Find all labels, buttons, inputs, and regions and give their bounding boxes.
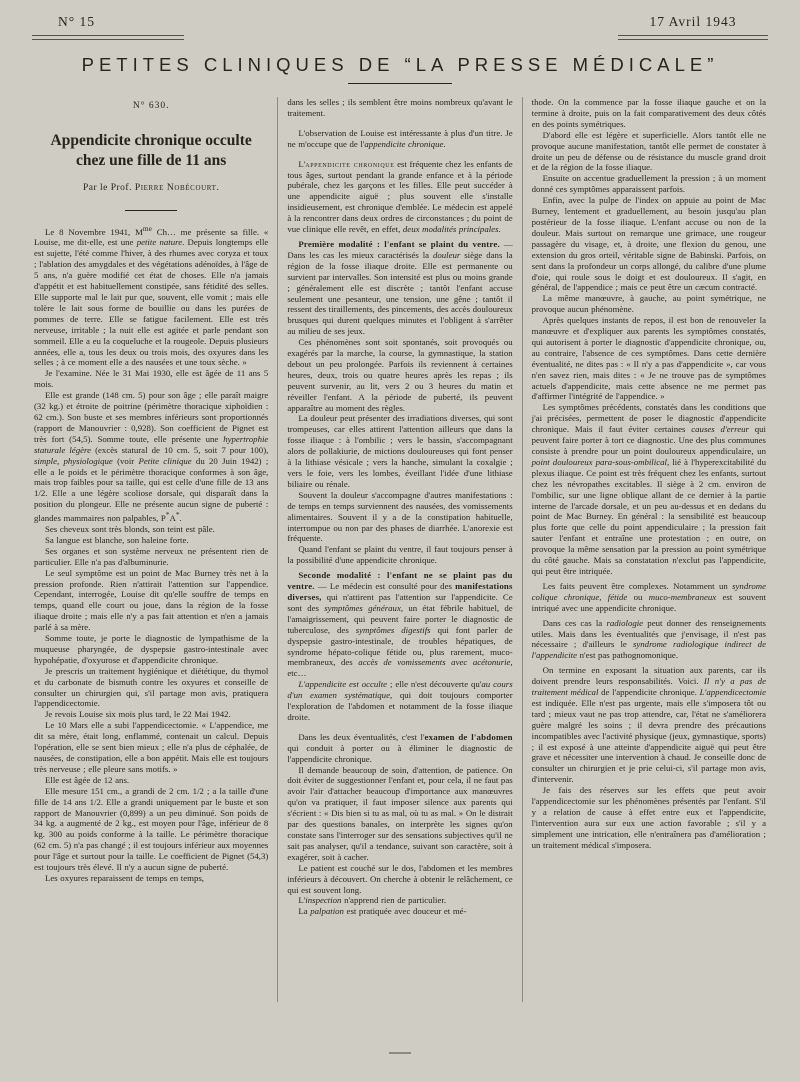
paragraph: Il demande beaucoup de soin, d'attention… [287, 765, 512, 863]
column-3-text: thode. On la commence par la fosse iliaq… [532, 97, 766, 851]
issue-number: N° 15 [32, 14, 184, 30]
masthead-title: PETITES CLINIQUES DE “LA PRESSE MÉDICALE… [32, 54, 768, 76]
paragraph: Elle est grande (148 cm. 5) pour son âge… [34, 390, 268, 524]
paragraph: Ses cheveux sont très blonds, son teint … [34, 524, 268, 535]
paragraph: Je fais des réserves sur les effets que … [532, 785, 766, 850]
page-header: N° 15 17 Avril 1943 [32, 14, 768, 40]
paragraph: Le seul symptôme est un point de Mac Bur… [34, 568, 268, 633]
journal-page: N° 15 17 Avril 1943 PETITES CLINIQUES DE… [0, 0, 800, 1082]
paragraph: Le 10 Mars elle a subi l'appendicectomie… [34, 720, 268, 775]
date-rule [618, 35, 768, 40]
paragraph: Somme toute, je porte le diagnostic de l… [34, 633, 268, 666]
paragraph: Après quelques instants de repos, il est… [532, 315, 766, 402]
paragraph: La même manœuvre, à gauche, au point sym… [532, 293, 766, 315]
paragraph: Seconde modalité : l'enfant ne se plaint… [287, 570, 512, 679]
masthead: PETITES CLINIQUES DE “LA PRESSE MÉDICALE… [32, 54, 768, 84]
paragraph: L'inspection n'apprend rien de particuli… [287, 895, 512, 906]
paragraph: Enfin, avec la pulpe de l'index on appui… [532, 195, 766, 293]
date-block: 17 Avril 1943 [618, 14, 768, 40]
paragraph: Les symptômes précédents, constatés dans… [532, 402, 766, 577]
paragraph: thode. On la commence par la fosse iliaq… [532, 97, 766, 130]
column-3: thode. On la commence par la fosse iliaq… [523, 97, 768, 1002]
paragraph: Je prescris un traitement hygiénique et … [34, 666, 268, 710]
column-2: dans les selles ; ils semblent être moin… [277, 97, 522, 1002]
column-2-text: dans les selles ; ils semblent être moin… [287, 97, 512, 917]
paragraph: L'appendicite chronique est fréquente ch… [287, 159, 512, 235]
issue-number-rule [32, 35, 184, 40]
paragraph: Elle mesure 151 cm., a grandi de 2 cm. 1… [34, 786, 268, 873]
paragraph: Première modalité : l'enfant se plaint d… [287, 239, 512, 337]
paragraph: dans les selles ; ils semblent être moin… [287, 97, 512, 119]
paragraph: La palpation est pratiquée avec douceur … [287, 906, 512, 917]
paragraph: Quand l'enfant se plaint du ventre, il f… [287, 544, 512, 566]
article-separator-rule [125, 210, 177, 211]
paragraph: Dans ces cas la radiologie peut donner d… [532, 618, 766, 662]
paragraph: Ces phénomènes sont soit spontanés, soit… [287, 337, 512, 413]
article-byline: Par le Prof. Pierre Nobécourt. [34, 183, 268, 193]
columns-container: N° 630. Appendicite chronique occulteche… [32, 97, 768, 1002]
issue-date: 17 Avril 1943 [618, 14, 768, 30]
paragraph: Dans les deux éventualités, c'est l'exam… [287, 732, 512, 765]
author-name: Pierre Nobécourt [135, 183, 217, 193]
paragraph: Ensuite on accentue graduellement la pre… [532, 173, 766, 195]
article-title: Appendicite chronique occultechez une fi… [34, 131, 268, 171]
paragraph: Je l'examine. Née le 31 Mai 1930, elle e… [34, 368, 268, 390]
paragraph: D'abord elle est légère et superficielle… [532, 130, 766, 174]
paragraph: Elle est âgée de 12 ans. [34, 775, 268, 786]
paragraph: La douleur peut présenter des irradiatio… [287, 413, 512, 489]
page-bottom-mark [389, 1052, 411, 1054]
paragraph: Les oxyures reparaissent de temps en tem… [34, 873, 268, 884]
paragraph: Souvent la douleur s'accompagne d'autres… [287, 490, 512, 545]
paragraph: Je revois Louise six mois plus tard, le … [34, 709, 268, 720]
paragraph: Sa langue est blanche, son haleine forte… [34, 535, 268, 546]
paragraph: Les faits peuvent être complexes. Notamm… [532, 581, 766, 614]
paragraph: L'appendicite est occulte ; elle n'est d… [287, 679, 512, 723]
column-1-text: Le 8 Novembre 1941, Mme Ch… me présente … [34, 224, 268, 884]
article-number: N° 630. [34, 101, 268, 111]
masthead-rule [348, 83, 452, 84]
paragraph: Le 8 Novembre 1941, Mme Ch… me présente … [34, 224, 268, 369]
issue-number-block: N° 15 [32, 14, 184, 40]
paragraph: L'observation de Louise est intéressante… [287, 128, 512, 150]
paragraph: On termine en exposant la situation aux … [532, 665, 766, 785]
paragraph: Ses organes et son système nerveux ne pr… [34, 546, 268, 568]
column-1: N° 630. Appendicite chronique occulteche… [32, 97, 277, 1002]
paragraph: Le patient est couché sur le dos, l'abdo… [287, 863, 512, 896]
